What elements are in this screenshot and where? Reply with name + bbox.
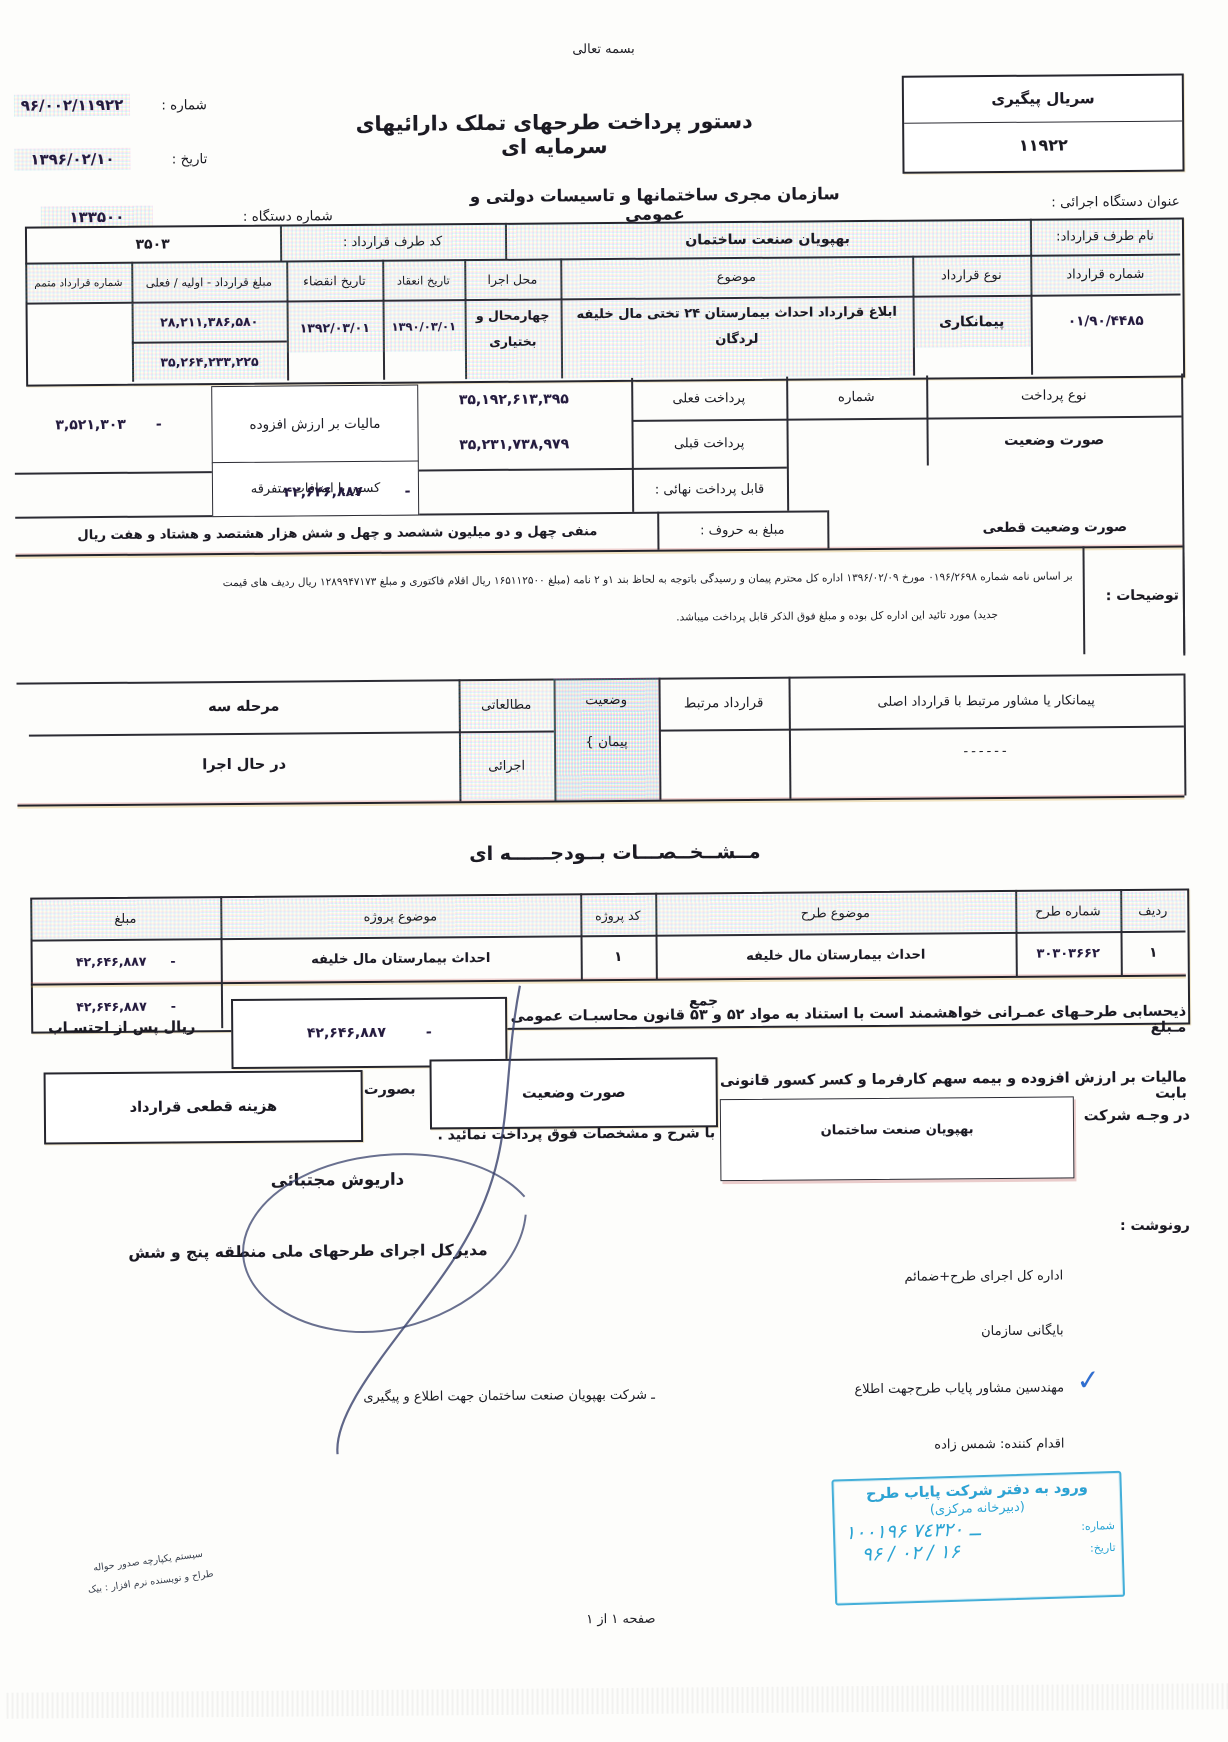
budget-row-sign: -: [170, 953, 175, 968]
payment-current-value: ۳۵,۱۹۲,۶۱۳,۳۹۵: [396, 380, 631, 420]
doc-date-label: تاریخ :: [137, 151, 207, 168]
pact-status-cell: وضعیت پیمان {: [553, 678, 659, 801]
phase-label: مرحله سه: [29, 681, 459, 732]
budget-row-plan-no: ۳۰۳۰۳۶۶۲: [1016, 934, 1121, 973]
stamp-number-value: ۱۰۰۱۹۶ ــ ۷٤۳۲۰: [845, 1518, 981, 1544]
signer-name: داریوش مجتبائی: [202, 1169, 472, 1190]
amount-words-label: مبلغ به حروف :: [657, 512, 827, 547]
bismillah: بسمه تعالی: [533, 42, 673, 58]
payment-type-value: صورت وضعیت: [926, 420, 1181, 462]
budget-row-project-code: ۱: [581, 938, 656, 977]
contract-expiry-date-value: ۱۳۹۲/۰۳/۰۱: [287, 302, 383, 353]
notes-line2: جدید) مورد تائید این اداره کل بوده و مبل…: [498, 609, 998, 625]
tracking-serial-box: سریال پیگیری ۱۱۹۲۲: [902, 74, 1185, 174]
cc-item-1: اداره کل اجرای طرح+ضمائم: [703, 1268, 1063, 1286]
budget-row-plan-subject: احداث بیمارستان مال خلیفه: [656, 935, 1016, 976]
contract-subject-label: موضوع: [560, 258, 912, 298]
budget-row-project-subject: احداث بیمارستان مال خلیفه: [221, 938, 581, 979]
final-payable-label: قابل پرداخت نهائی :: [632, 469, 787, 510]
request-status-box: صورت وضعیت: [429, 1057, 718, 1129]
pact-status-line2: پیمان {: [554, 734, 659, 751]
cc-label: رونوشت :: [1095, 1217, 1190, 1234]
contract-signed-date-value: ۱۳۹۰/۰۳/۰۱: [383, 301, 465, 352]
contract-location-label: محل اجرا: [464, 260, 560, 298]
vat-label: مالیات بر ارزش افزوده: [211, 385, 419, 465]
cc-side-note: ـ شرکت بهپویان صنعت ساختمان جهت اطلاع و …: [289, 1387, 729, 1405]
budget-header-plan-no: شماره طرح: [1015, 892, 1120, 931]
study-label: مطالعاتی: [459, 680, 554, 729]
budget-row-amount: ۴۲,۶۴۶,۸۸۷: [76, 953, 147, 969]
tracking-serial-label: سریال پیگیری: [904, 76, 1182, 124]
contract-party-code-label: کد طرف قرارداد :: [280, 225, 505, 260]
device-number-label: شماره دستگاه :: [203, 208, 333, 225]
request-line1-left: ریال پس از احتسـاب: [19, 1019, 224, 1037]
contract-type-label: نوع قرارداد: [912, 257, 1030, 295]
payment-number-label: شماره: [786, 378, 926, 417]
vat-value-row: ۳,۵۲۱,۳۰۳ -: [8, 386, 209, 464]
contract-party-code-value: ۳۵۰۳: [25, 227, 280, 262]
signer-title: مدیرکل اجرای طرحهای ملی منطقه پنج و شش: [113, 1241, 503, 1262]
tracking-serial-value: ۱۱۹۲۲: [904, 122, 1182, 169]
request-line1-right: ذیحسابی طرحـهای عمـرانی خواهشمند است با …: [506, 1004, 1186, 1041]
scanned-payment-order-page: بسمه تعالی شماره : ۹۶/۰۰۲/۱۱۹۲۲ دستور پر…: [0, 0, 1228, 1742]
agency-title-label: عنوان دستگاه اجرائی :: [980, 194, 1180, 212]
doc-number-label: شماره :: [137, 97, 207, 114]
vat-minus-sign: -: [156, 417, 162, 433]
software-credit: سیستم یکپارچه صدور حواله طراح و نویسنده …: [48, 1539, 252, 1606]
request-company-name: بهپویان صنعت ساختمان: [721, 1121, 1073, 1139]
pact-brace: {: [585, 734, 594, 750]
contract-type-value: پیمانکاری: [913, 297, 1031, 348]
contract-no-label: شماره قرارداد: [1030, 256, 1180, 294]
payment-current-label: پرداخت فعلی: [631, 379, 786, 418]
request-company-box: بهپویان صنعت ساختمان: [720, 1096, 1075, 1181]
stamp-number-label: شماره:: [1081, 1518, 1115, 1532]
doc-date-value: ۱۳۹۶/۰۲/۱۰: [14, 148, 130, 171]
doc-number-value: ۹۶/۰۰۲/۱۱۹۲۲: [14, 94, 130, 117]
request-line3-right: در وجـه شرکت: [1080, 1107, 1190, 1124]
vat-value: ۳,۵۲۱,۳۰۳: [55, 417, 126, 434]
final-payable-row: ۴۲,۶۴۶,۸۸۷ -: [137, 470, 557, 513]
stamp-date-label: تاریخ:: [1090, 1540, 1116, 1554]
contract-no-value: ۰۱/۹۰/۴۴۸۵: [1031, 296, 1181, 347]
payment-type-label: نوع پرداخت: [926, 376, 1181, 416]
contract-amount-current: ۳۵,۲۶۴,۲۳۳,۲۲۵: [132, 343, 287, 380]
related-consultant-label: پیمانکار یا مشاور مرتبط با قرارداد اصلی: [788, 676, 1183, 727]
contract-supplement-label: شماره قرارداد متمم: [25, 264, 131, 302]
request-amount-sign: -: [426, 1024, 432, 1040]
notes-line1: بر اساس نامه شماره ۰۱۹۶/۲۶۹۸ مورخ ۱۳۹۶/۰…: [58, 570, 1073, 590]
entry-stamp: ورود به دفتر شرکت پایاب طرح (دبیرخانه مر…: [831, 1471, 1125, 1606]
cc-item-3: مهندسین مشاور پایاب طرح‌جهت اطلاع: [704, 1380, 1064, 1398]
budget-header-project-code: کد پروژه: [580, 896, 655, 935]
request-expense-box: هزینه قطعی قرارداد: [44, 1070, 364, 1145]
request-line3-left: با شرح و مشخصات فوق پرداخت نمائید .: [400, 1125, 715, 1143]
payment-previous-value: ۳۵,۲۳۱,۷۳۸,۹۷۹: [396, 424, 631, 466]
exec-label: اجرائی: [459, 732, 555, 799]
request-besurat: بصورت: [352, 1081, 428, 1098]
contract-expiry-date-label: تاریخ انقضاء: [286, 262, 382, 300]
request-amount-value: ۴۲,۶۴۶,۸۸۷: [307, 1025, 386, 1042]
cc-item-4: اقدام کننده: شمس زاده: [704, 1436, 1064, 1454]
budget-header-amount: مبلغ: [30, 899, 220, 938]
contract-party-label: نام طرف قرارداد:: [1030, 220, 1180, 254]
budget-header-row: ردیف: [1120, 892, 1185, 931]
related-contract-label: قرارداد مرتبط: [658, 679, 788, 728]
checkmark-icon: ✓: [1055, 1363, 1101, 1399]
payment-previous-label: پرداخت قبلی: [631, 423, 786, 464]
budget-row-amount-cell: ۴۲,۶۴۶,۸۸۷ -: [31, 941, 221, 980]
amount-words-value: منفی چهل و دو میلیون ششصد و چهل و شش هزا…: [37, 514, 637, 553]
notes-label: توضیحات :: [1091, 588, 1179, 605]
contract-amount-label: مبلغ قرارداد - اولیه / فعلی: [131, 263, 286, 301]
contract-location-value: چهارمحال و بختیاری: [465, 300, 562, 379]
page-title: دستور پرداخت طرحهای تملک دارائیهای سرمای…: [324, 109, 784, 161]
contract-party-name: بهپویان صنعت ساختمان: [505, 221, 1030, 258]
final-payable-sign: -: [405, 484, 411, 500]
final-status-label: صورت وضعیت قطعی: [927, 510, 1182, 546]
page-number: صفحه ۱ از ۱: [526, 1611, 716, 1627]
budget-total-amount: ۴۲,۶۴۶,۸۸۷: [76, 998, 147, 1014]
budget-header-project-subject: موضوع پروژه: [220, 896, 580, 937]
contract-subject-value: ابلاغ قرارداد احداث بیمارستان ۲۴ تختی ما…: [561, 298, 914, 379]
stamp-date-value: ۹۶ / ۰۲ / ۱۶: [861, 1541, 960, 1566]
contract-amount-initial: ۲۸,۲۱۱,۳۸۶,۵۸۰: [132, 302, 287, 341]
phase-value: در حال اجرا: [29, 737, 459, 792]
scan-noise-band: [6, 1683, 1228, 1719]
related-contract-value: ------: [789, 730, 1184, 773]
final-payable-value: ۴۲,۶۴۶,۸۸۷: [284, 484, 363, 501]
organization-name: سازمان مجری ساختمانها و تاسیسات دولتی و …: [465, 184, 845, 225]
pact-status-line1: وضعیت: [554, 692, 659, 709]
budget-row-no: ۱: [1121, 934, 1186, 973]
budget-total-sign: -: [171, 998, 176, 1013]
cc-item-2: بایگانی سازمان: [704, 1323, 1064, 1341]
budget-title: مــشــخــصـــات بــودجــــــه ای: [350, 840, 880, 866]
contract-signed-date-label: تاریخ انعقاد: [382, 261, 464, 299]
budget-header-plan-subject: موضوع طرح: [655, 893, 1015, 934]
